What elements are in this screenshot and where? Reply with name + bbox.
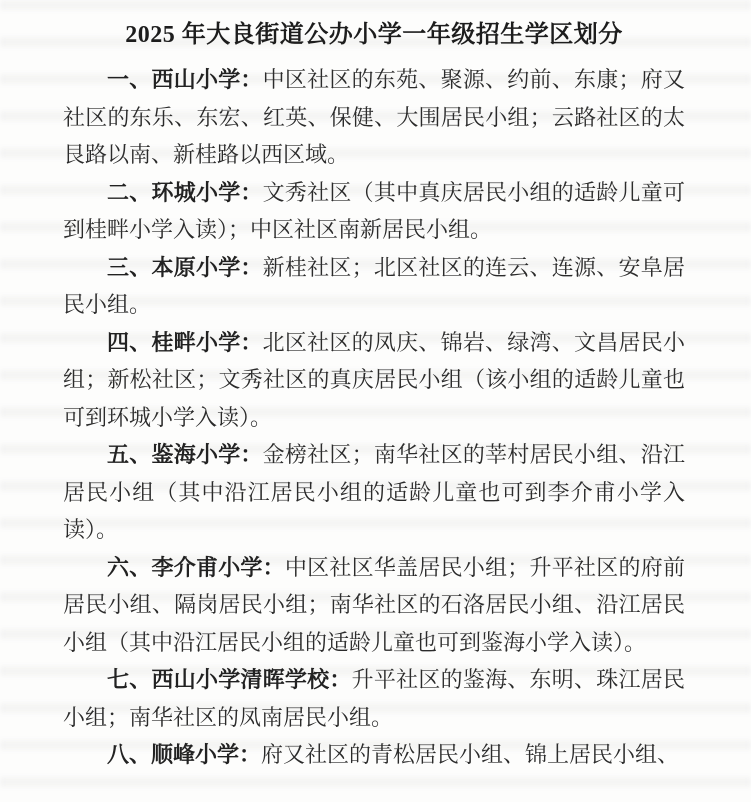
district-paragraph-7: 七、西山小学清晖学校：升平社区的鉴海、东明、珠江居民小组；南华社区的凤南居民小组… <box>63 661 685 736</box>
district-paragraph-8: 八、顺峰小学：府又社区的青松居民小组、锦上居民小组、 <box>63 736 685 774</box>
district-text-8: 府又社区的青松居民小组、锦上居民小组、 <box>261 742 679 767</box>
school-name-1: 一、西山小学： <box>107 67 263 92</box>
district-paragraph-1: 一、西山小学：中区社区的东苑、聚源、约前、东康；府又社区的东乐、东宏、红英、保健… <box>63 61 685 174</box>
school-name-8: 八、顺峰小学： <box>107 742 261 767</box>
district-paragraph-2: 二、环城小学：文秀社区（其中真庆居民小组的适龄儿童可到桂畔小学入读）；中区社区南… <box>63 174 685 249</box>
school-name-5: 五、鉴海小学： <box>107 442 263 467</box>
scanned-document-page: 2025 年大良街道公办小学一年级招生学区划分 一、西山小学：中区社区的东苑、聚… <box>0 0 751 802</box>
school-name-6: 六、李介甫小学： <box>107 555 285 580</box>
district-list: 一、西山小学：中区社区的东苑、聚源、约前、东康；府又社区的东乐、东宏、红英、保健… <box>63 61 685 774</box>
school-name-4: 四、桂畔小学： <box>107 330 263 355</box>
page-title: 2025 年大良街道公办小学一年级招生学区划分 <box>63 14 685 56</box>
district-paragraph-3: 三、本原小学：新桂社区；北区社区的连云、连源、安阜居民小组。 <box>63 249 685 324</box>
document-content: 2025 年大良街道公办小学一年级招生学区划分 一、西山小学：中区社区的东苑、聚… <box>63 14 685 774</box>
district-paragraph-5: 五、鉴海小学：金榜社区；南华社区的莘村居民小组、沿江居民小组（其中沿江居民小组的… <box>63 436 685 549</box>
school-name-2: 二、环城小学： <box>107 180 263 205</box>
school-name-7: 七、西山小学清晖学校： <box>107 667 352 692</box>
school-name-3: 三、本原小学： <box>107 255 263 280</box>
district-paragraph-6: 六、李介甫小学：中区社区华盖居民小组；升平社区的府前居民小组、隔岗居民小组；南华… <box>63 549 685 662</box>
district-paragraph-4: 四、桂畔小学：北区社区的凤庆、锦岩、绿湾、文昌居民小组；新松社区；文秀社区的真庆… <box>63 324 685 437</box>
